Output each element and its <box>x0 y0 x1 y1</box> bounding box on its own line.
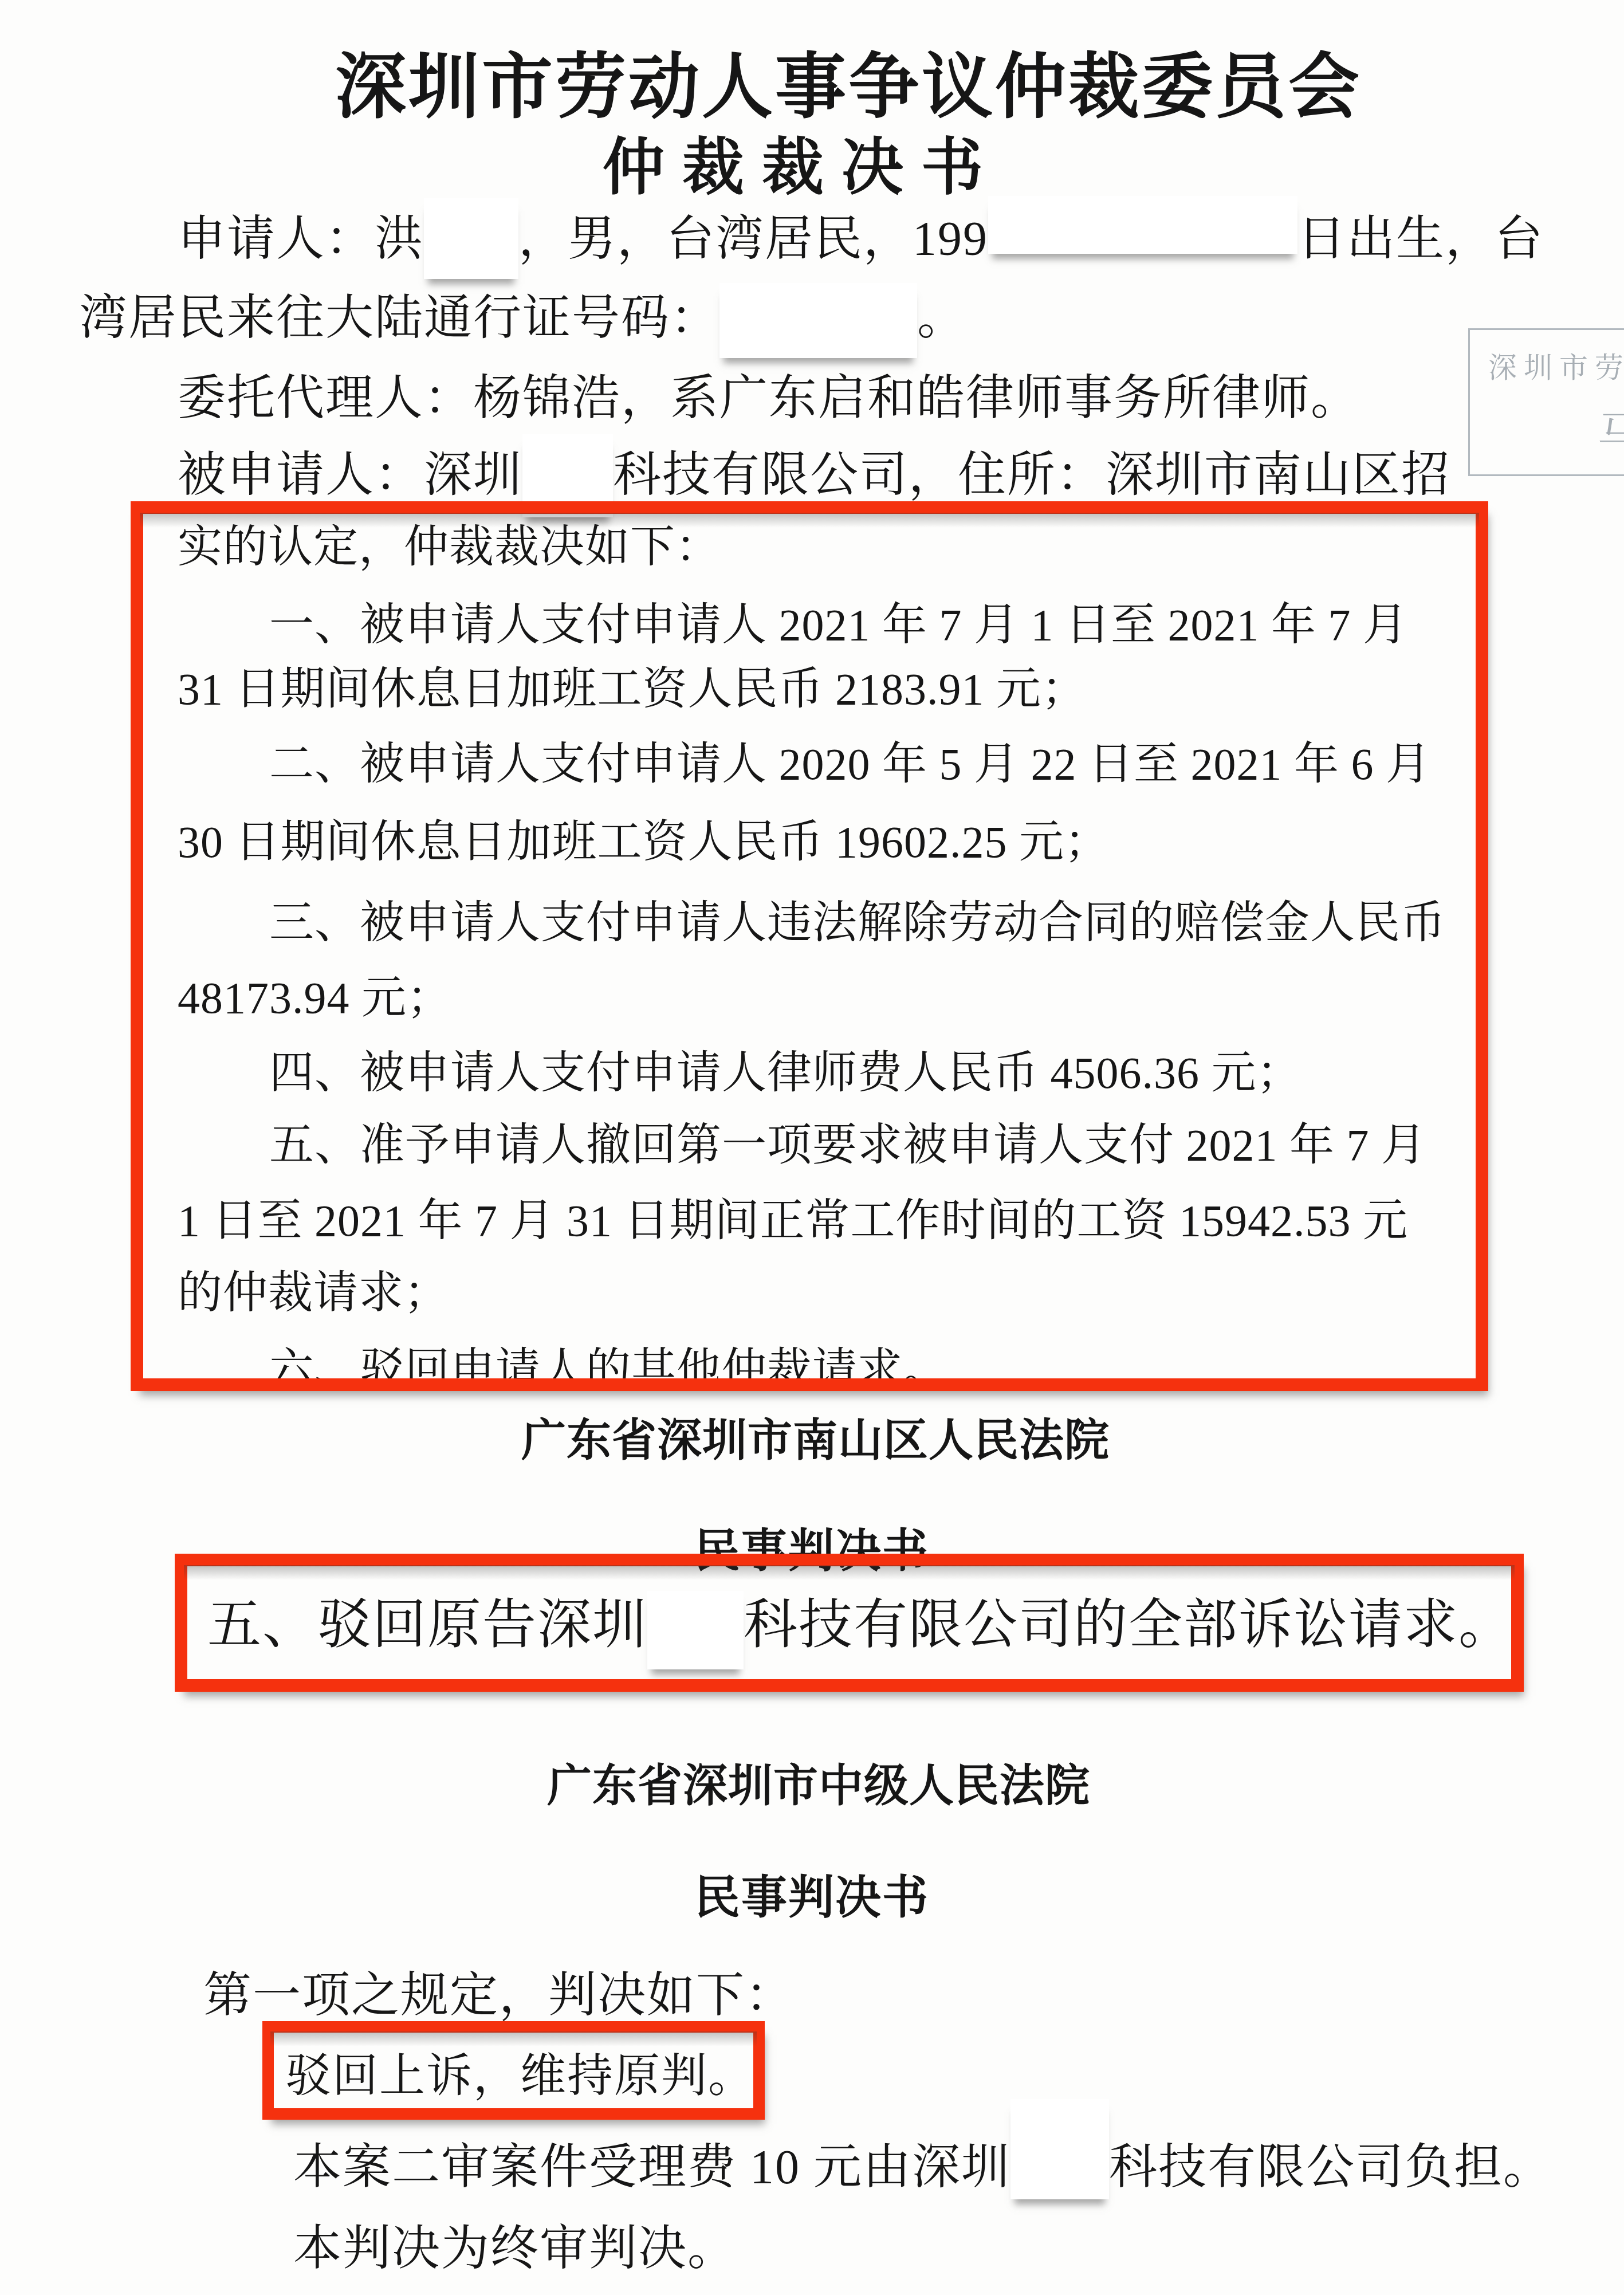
highlight-box-award <box>131 501 1488 1391</box>
redaction-box-permit-number <box>719 296 917 334</box>
agent-line: 委托代理人：杨锦浩，系广东启和皓律师事务所律师。 <box>178 372 1360 425</box>
arbitration-committee-title: 深圳市劳动人事争议仲裁委员会 <box>335 30 1362 132</box>
redaction-box-birthdate <box>988 217 1297 255</box>
redaction-box-company-1 <box>522 453 613 491</box>
intermediate-court-name: 广东省深圳市中级人民法院 <box>547 1750 1090 1814</box>
civil-judgment-title-2: 民事判决书 <box>694 1860 929 1926</box>
stamp-text-line2: 马 <box>1597 399 1624 463</box>
highlight-box-first-instance <box>175 1554 1524 1692</box>
highlight-box-appeal-ruling <box>262 2021 765 2120</box>
permit-number-line: 湾居民来往大陆通行证号码：。 <box>79 292 966 345</box>
court-fee-line: 本案二审案件受理费 10 元由深圳科技有限公司负担。 <box>293 2141 1552 2194</box>
judgment-lead-line: 第一项之规定，判决如下： <box>203 1970 795 2022</box>
award-document-title: 仲 裁 裁 决 书 <box>603 117 984 206</box>
final-judgment-line: 本判决为终审判决。 <box>293 2223 737 2276</box>
respondent-line: 被申请人：深圳科技有限公司，住所：深圳市南山区招 <box>178 449 1450 502</box>
nanshan-court-name: 广东省深圳市南山区人民法院 <box>521 1405 1110 1469</box>
stamp-text-line1: 深圳市劳 <box>1488 345 1624 386</box>
document-page: 深圳市劳动人事争议仲裁委员会 仲 裁 裁 决 书 申请人：洪，男，台湾居民，19… <box>0 0 1624 2295</box>
redaction-box-name <box>424 217 518 255</box>
court-stamp: 深圳市劳 马 <box>1468 328 1624 476</box>
redaction-box-company-3 <box>1010 2145 1109 2183</box>
applicant-line: 申请人：洪，男，台湾居民，199日出生，台 <box>178 213 1544 266</box>
